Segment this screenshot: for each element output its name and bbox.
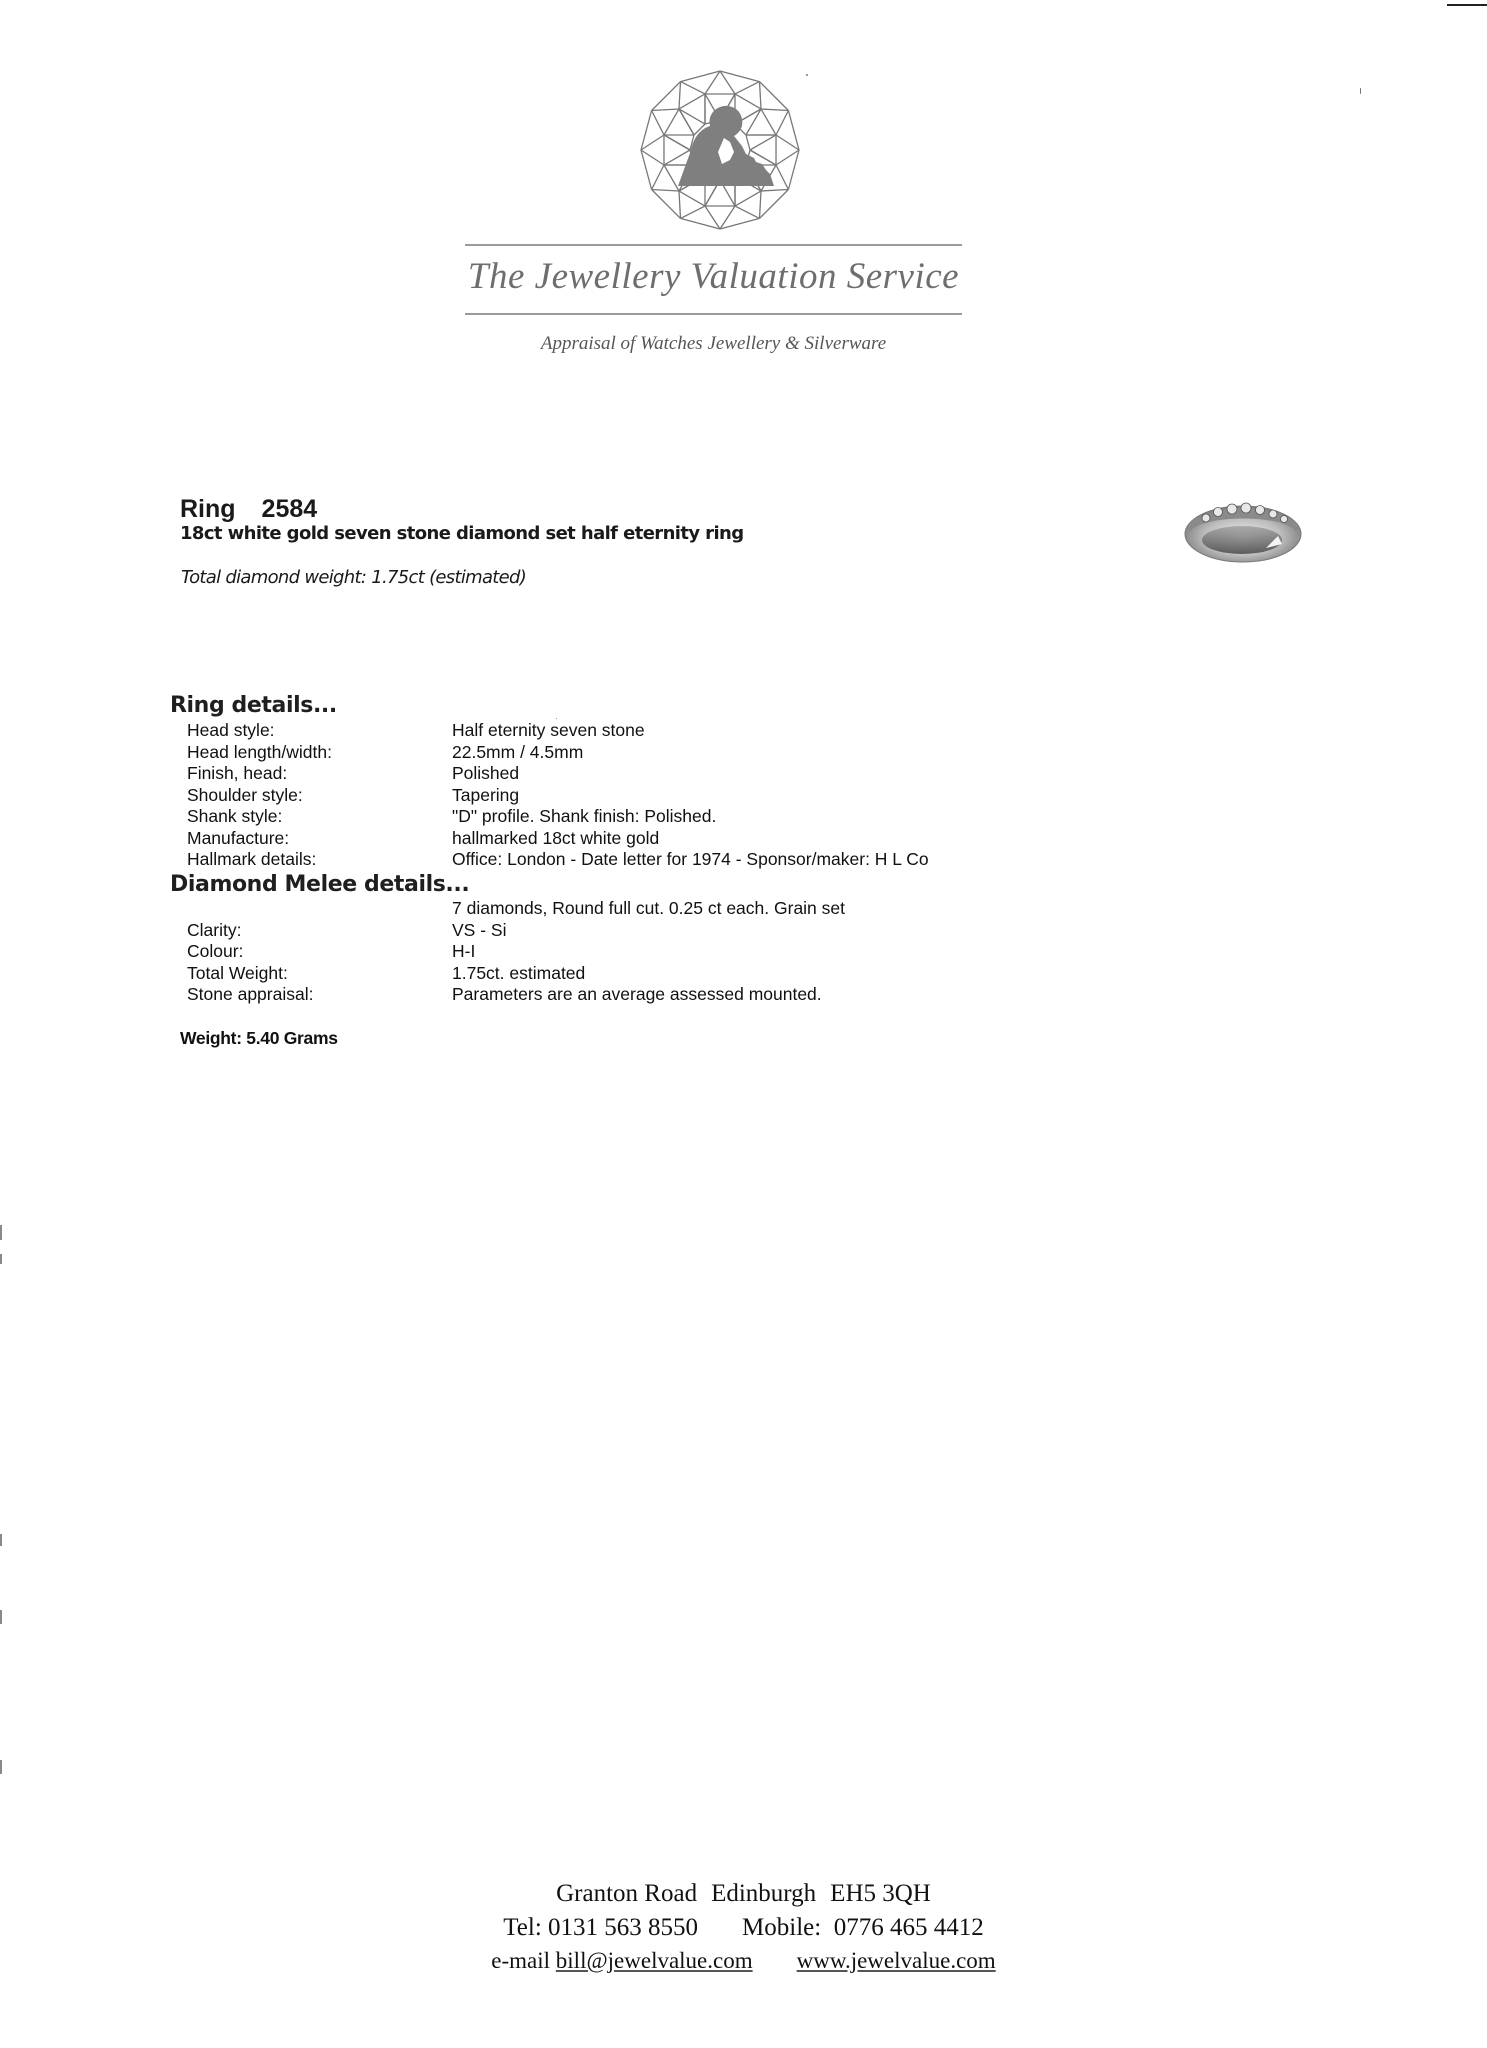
total-diamond-weight-note: Total diamond weight: 1.75ct (estimated) xyxy=(181,567,526,588)
footer-postcode: EH5 3QH xyxy=(830,1880,931,1907)
detail-value: Tapering xyxy=(452,785,519,806)
scan-speck xyxy=(556,718,557,719)
footer-city: Edinburgh xyxy=(711,1880,816,1907)
detail-label: Colour: xyxy=(187,941,243,962)
detail-label: Head length/width: xyxy=(187,742,332,763)
footer-email-label: e-mail xyxy=(491,1948,550,1973)
detail-label: Shoulder style: xyxy=(187,785,303,806)
detail-value: hallmarked 18ct white gold xyxy=(452,828,659,849)
company-logo xyxy=(638,68,802,232)
company-tagline: Appraisal of Watches Jewellery & Silverw… xyxy=(465,333,962,355)
detail-value: "D" profile. Shank finish: Polished. xyxy=(452,806,716,827)
footer-street: Granton Road xyxy=(556,1880,697,1907)
detail-value: Parameters are an average assessed mount… xyxy=(452,984,822,1005)
ring-photo xyxy=(1178,490,1308,570)
header-rule-bottom xyxy=(465,313,962,315)
email-link[interactable]: bill@jewelvalue.com xyxy=(556,1948,753,1973)
footer-contacts: e-mail bill@jewelvalue.comwww.jewelvalue… xyxy=(0,1948,1487,1974)
item-number: 2584 xyxy=(262,495,318,523)
header-rule-top xyxy=(465,244,962,246)
footer-mobile: 0776 465 4412 xyxy=(834,1914,984,1941)
detail-label: Total Weight: xyxy=(187,963,288,984)
item-title: Ring2584 xyxy=(180,495,317,524)
detail-value: Office: London - Date letter for 1974 - … xyxy=(452,849,929,870)
scan-edge-mark xyxy=(0,1254,2,1264)
detail-value: 1.75ct. estimated xyxy=(452,963,585,984)
scan-artifact-dash xyxy=(1447,4,1487,6)
detail-value: H-I xyxy=(452,941,475,962)
detail-label: Clarity: xyxy=(187,920,241,941)
company-name: The Jewellery Valuation Service xyxy=(465,255,962,298)
footer-tel-label: Tel: xyxy=(503,1914,542,1941)
detail-label: Shank style: xyxy=(187,806,282,827)
footer-tel: 0131 563 8550 xyxy=(548,1914,698,1941)
detail-value: Polished xyxy=(452,763,519,784)
footer-mobile-label: Mobile: xyxy=(742,1914,821,1941)
gross-weight: Weight: 5.40 Grams xyxy=(180,1028,338,1049)
scan-edge-mark xyxy=(0,1610,2,1624)
ring-details-heading: Ring details... xyxy=(170,693,337,718)
detail-value: Half eternity seven stone xyxy=(452,720,645,741)
scan-edge-mark xyxy=(0,1534,2,1546)
detail-label: Hallmark details: xyxy=(187,849,316,870)
footer-address: Granton RoadEdinburghEH5 3QH xyxy=(0,1880,1487,1908)
scan-speck xyxy=(1360,88,1361,94)
scan-speck xyxy=(806,74,808,76)
detail-label: Finish, head: xyxy=(187,763,287,784)
scan-edge-mark xyxy=(0,1225,2,1240)
website-link[interactable]: www.jewelvalue.com xyxy=(797,1948,996,1973)
diamond-jeweller-loupe-logo-icon xyxy=(638,68,802,232)
detail-label: Head style: xyxy=(187,720,275,741)
item-type: Ring xyxy=(180,495,236,523)
ring-image-icon xyxy=(1178,490,1308,570)
detail-value: 22.5mm / 4.5mm xyxy=(452,742,583,763)
scan-edge-mark xyxy=(0,1760,2,1774)
diamond-details-heading: Diamond Melee details... xyxy=(170,872,469,897)
item-description: 18ct white gold seven stone diamond set … xyxy=(180,523,744,544)
detail-value: VS - Si xyxy=(452,920,506,941)
detail-value: 7 diamonds, Round full cut. 0.25 ct each… xyxy=(452,898,845,919)
detail-label: Stone appraisal: xyxy=(187,984,313,1005)
footer-phones: Tel: 0131 563 8550Mobile: 0776 465 4412 xyxy=(0,1914,1487,1942)
detail-label: Manufacture: xyxy=(187,828,289,849)
